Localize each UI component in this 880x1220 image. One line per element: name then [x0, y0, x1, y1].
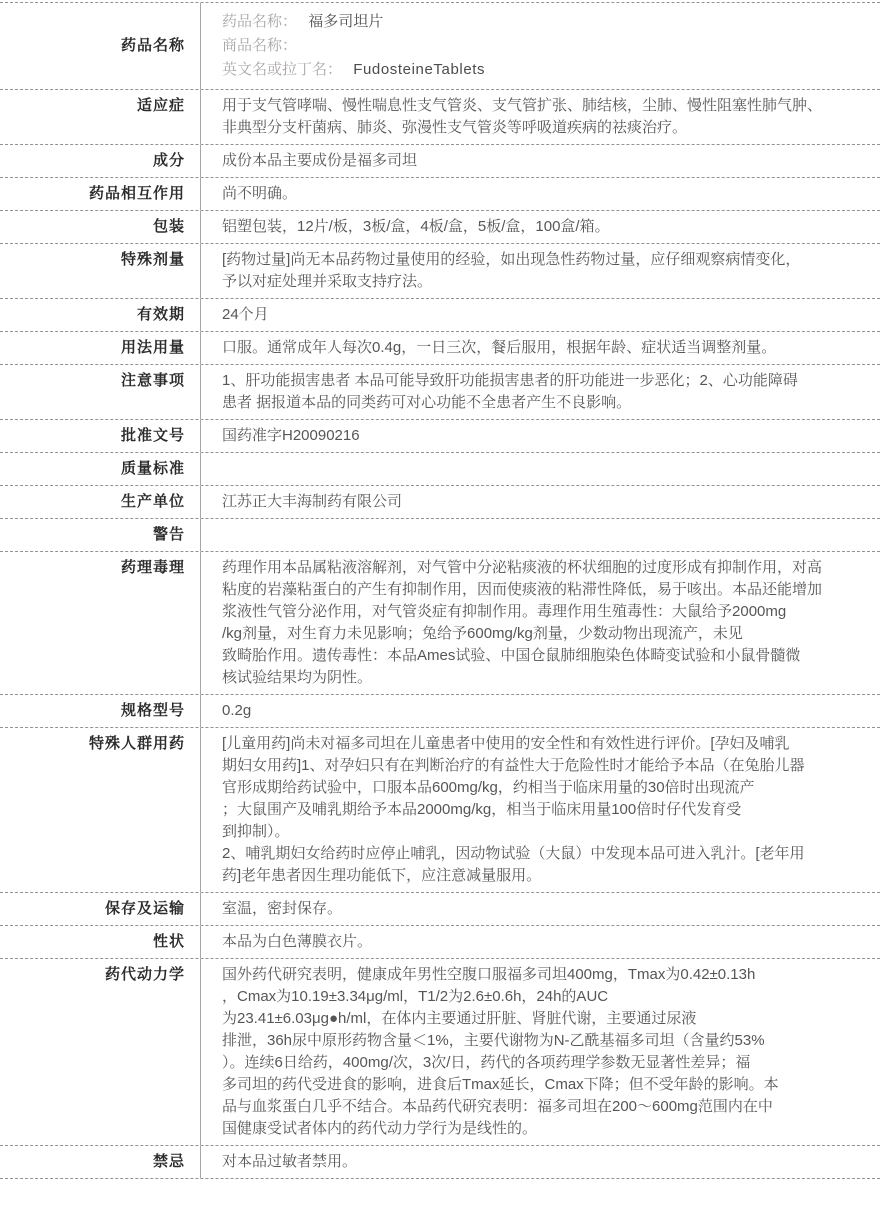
field-value: [药物过量]尚无本品药物过量使用的经验，如出现急性药物过量，应仔细观察病情变化，…	[222, 249, 866, 293]
field-label-cell: 生产单位	[0, 486, 201, 518]
field-label-cell: 成分	[0, 145, 201, 177]
field-value-cell: 本品为白色薄膜衣片。	[201, 926, 880, 958]
table-row: 药代动力学 国外药代研究表明，健康成年男性空腹口服福多司坦400mg，Tmax为…	[0, 959, 880, 1146]
english-name-line: 英文名或拉丁名： FudosteineTablets	[222, 58, 866, 82]
field-value: 室温，密封保存。	[222, 898, 866, 920]
field-value: 江苏正大丰海制药有限公司	[222, 491, 866, 513]
table-row: 特殊人群用药 [儿童用药]尚未对福多司坦在儿童患者中使用的安全性和有效性进行评价…	[0, 728, 880, 893]
field-value: 尚不明确。	[222, 183, 866, 205]
field-value-cell: 药理作用本品属粘液溶解剂，对气管中分泌粘痰液的杯状细胞的过度形成有抑制作用，对高…	[201, 552, 880, 694]
field-value: 0.2g	[222, 700, 866, 722]
field-label-cell: 药品名称	[0, 3, 201, 89]
field-label: 用法用量	[121, 338, 185, 358]
field-value-cell: 口服。通常成年人每次0.4g，一日三次，餐后服用，根据年龄、症状适当调整剂量。	[201, 332, 880, 364]
field-value: 铝塑包装，12片/板，3板/盒，4板/盒，5板/盒，100盒/箱。	[222, 216, 866, 238]
field-label: 批准文号	[121, 426, 185, 446]
field-label-cell: 注意事项	[0, 365, 201, 419]
field-label-cell: 质量标准	[0, 453, 201, 485]
field-value-cell: 尚不明确。	[201, 178, 880, 210]
field-value-cell	[201, 519, 880, 551]
field-label: 生产单位	[121, 492, 185, 512]
english-name-key: 英文名或拉丁名：	[222, 61, 342, 78]
trade-name-line: 商品名称：	[222, 34, 866, 58]
field-label: 成分	[153, 151, 185, 171]
field-label: 适应症	[137, 96, 185, 116]
field-label-cell: 保存及运输	[0, 893, 201, 925]
field-label: 禁忌	[153, 1152, 185, 1172]
drug-info-table: 药品名称 药品名称： 福多司坦片 商品名称： 英文名或拉丁名： Fudostei…	[0, 2, 880, 1179]
field-label: 规格型号	[121, 701, 185, 721]
generic-name-value: 福多司坦片	[308, 13, 383, 30]
field-label-cell: 性状	[0, 926, 201, 958]
field-value: 国药准字H20090216	[222, 425, 866, 447]
table-row: 质量标准	[0, 453, 880, 486]
field-label-cell: 药代动力学	[0, 959, 201, 1145]
field-value-cell: 药品名称： 福多司坦片 商品名称： 英文名或拉丁名： FudosteineTab…	[201, 3, 880, 89]
field-label: 特殊剂量	[121, 250, 185, 270]
table-row: 有效期 24个月	[0, 299, 880, 332]
table-row: 成分 成份本品主要成份是福多司坦	[0, 145, 880, 178]
field-label-cell: 规格型号	[0, 695, 201, 727]
field-label: 药理毒理	[121, 558, 185, 578]
field-value: 成份本品主要成份是福多司坦	[222, 150, 866, 172]
field-value-cell: 室温，密封保存。	[201, 893, 880, 925]
field-label: 保存及运输	[105, 899, 185, 919]
field-value-cell: 用于支气管哮喘、慢性喘息性支气管炎、支气管扩张、肺结核，尘肺、慢性阻塞性肺气肿、…	[201, 90, 880, 144]
field-label-cell: 有效期	[0, 299, 201, 331]
field-value-cell: 江苏正大丰海制药有限公司	[201, 486, 880, 518]
field-label-cell: 药品相互作用	[0, 178, 201, 210]
field-label-cell: 特殊人群用药	[0, 728, 201, 892]
drug-name-row: 药品名称 药品名称： 福多司坦片 商品名称： 英文名或拉丁名： Fudostei…	[0, 3, 880, 90]
field-value: 药理作用本品属粘液溶解剂，对气管中分泌粘痰液的杯状细胞的过度形成有抑制作用，对高…	[222, 557, 866, 689]
field-value: 用于支气管哮喘、慢性喘息性支气管炎、支气管扩张、肺结核，尘肺、慢性阻塞性肺气肿、…	[222, 95, 866, 139]
field-value-cell: 成份本品主要成份是福多司坦	[201, 145, 880, 177]
field-label: 警告	[153, 525, 185, 545]
field-value-cell: 1、肝功能损害患者 本品可能导致肝功能损害患者的肝功能进一步恶化；2、心功能障碍…	[201, 365, 880, 419]
field-label-cell: 包装	[0, 211, 201, 243]
field-label: 性状	[153, 932, 185, 952]
generic-name-key: 药品名称：	[222, 13, 297, 30]
field-value-cell: 铝塑包装，12片/板，3板/盒，4板/盒，5板/盒，100盒/箱。	[201, 211, 880, 243]
field-label-cell: 适应症	[0, 90, 201, 144]
trade-name-key: 商品名称：	[222, 37, 297, 54]
field-value-cell	[201, 453, 880, 485]
table-row: 注意事项 1、肝功能损害患者 本品可能导致肝功能损害患者的肝功能进一步恶化；2、…	[0, 365, 880, 420]
field-value: 对本品过敏者禁用。	[222, 1151, 866, 1173]
field-value-cell: 对本品过敏者禁用。	[201, 1146, 880, 1178]
field-label: 药代动力学	[105, 965, 185, 985]
english-name-value: FudosteineTablets	[353, 61, 485, 78]
field-value-cell: 0.2g	[201, 695, 880, 727]
field-value: 国外药代研究表明，健康成年男性空腹口服福多司坦400mg，Tmax为0.42±0…	[222, 964, 866, 1140]
field-label-cell: 批准文号	[0, 420, 201, 452]
field-label-cell: 药理毒理	[0, 552, 201, 694]
table-row: 批准文号 国药准字H20090216	[0, 420, 880, 453]
table-row: 特殊剂量 [药物过量]尚无本品药物过量使用的经验，如出现急性药物过量，应仔细观察…	[0, 244, 880, 299]
field-value-cell: 国外药代研究表明，健康成年男性空腹口服福多司坦400mg，Tmax为0.42±0…	[201, 959, 880, 1145]
table-row: 禁忌 对本品过敏者禁用。	[0, 1146, 880, 1179]
table-row: 用法用量 口服。通常成年人每次0.4g，一日三次，餐后服用，根据年龄、症状适当调…	[0, 332, 880, 365]
field-label: 包装	[153, 217, 185, 237]
field-label: 药品相互作用	[89, 184, 185, 204]
field-value: [儿童用药]尚未对福多司坦在儿童患者中使用的安全性和有效性进行评价。[孕妇及哺乳…	[222, 733, 866, 887]
field-label: 注意事项	[121, 371, 185, 391]
table-rows: 适应症 用于支气管哮喘、慢性喘息性支气管炎、支气管扩张、肺结核，尘肺、慢性阻塞性…	[0, 90, 880, 1179]
field-value: 口服。通常成年人每次0.4g，一日三次，餐后服用，根据年龄、症状适当调整剂量。	[222, 337, 866, 359]
field-value-cell: 24个月	[201, 299, 880, 331]
table-row: 生产单位 江苏正大丰海制药有限公司	[0, 486, 880, 519]
table-row: 适应症 用于支气管哮喘、慢性喘息性支气管炎、支气管扩张、肺结核，尘肺、慢性阻塞性…	[0, 90, 880, 145]
table-row: 药理毒理 药理作用本品属粘液溶解剂，对气管中分泌粘痰液的杯状细胞的过度形成有抑制…	[0, 552, 880, 695]
field-label: 特殊人群用药	[89, 734, 185, 754]
field-label-cell: 禁忌	[0, 1146, 201, 1178]
field-label: 药品名称	[121, 36, 185, 56]
field-value: 本品为白色薄膜衣片。	[222, 931, 866, 953]
table-row: 规格型号 0.2g	[0, 695, 880, 728]
field-value: 24个月	[222, 304, 866, 326]
generic-name-line: 药品名称： 福多司坦片	[222, 10, 866, 34]
table-row: 警告	[0, 519, 880, 552]
field-value-cell: [儿童用药]尚未对福多司坦在儿童患者中使用的安全性和有效性进行评价。[孕妇及哺乳…	[201, 728, 880, 892]
field-label: 质量标准	[121, 459, 185, 479]
table-row: 药品相互作用 尚不明确。	[0, 178, 880, 211]
field-label-cell: 警告	[0, 519, 201, 551]
field-label: 有效期	[137, 305, 185, 325]
field-label-cell: 用法用量	[0, 332, 201, 364]
field-value-cell: [药物过量]尚无本品药物过量使用的经验，如出现急性药物过量，应仔细观察病情变化，…	[201, 244, 880, 298]
table-row: 包装 铝塑包装，12片/板，3板/盒，4板/盒，5板/盒，100盒/箱。	[0, 211, 880, 244]
field-label-cell: 特殊剂量	[0, 244, 201, 298]
table-row: 保存及运输 室温，密封保存。	[0, 893, 880, 926]
field-value: 1、肝功能损害患者 本品可能导致肝功能损害患者的肝功能进一步恶化；2、心功能障碍…	[222, 370, 866, 414]
field-value-cell: 国药准字H20090216	[201, 420, 880, 452]
table-row: 性状 本品为白色薄膜衣片。	[0, 926, 880, 959]
